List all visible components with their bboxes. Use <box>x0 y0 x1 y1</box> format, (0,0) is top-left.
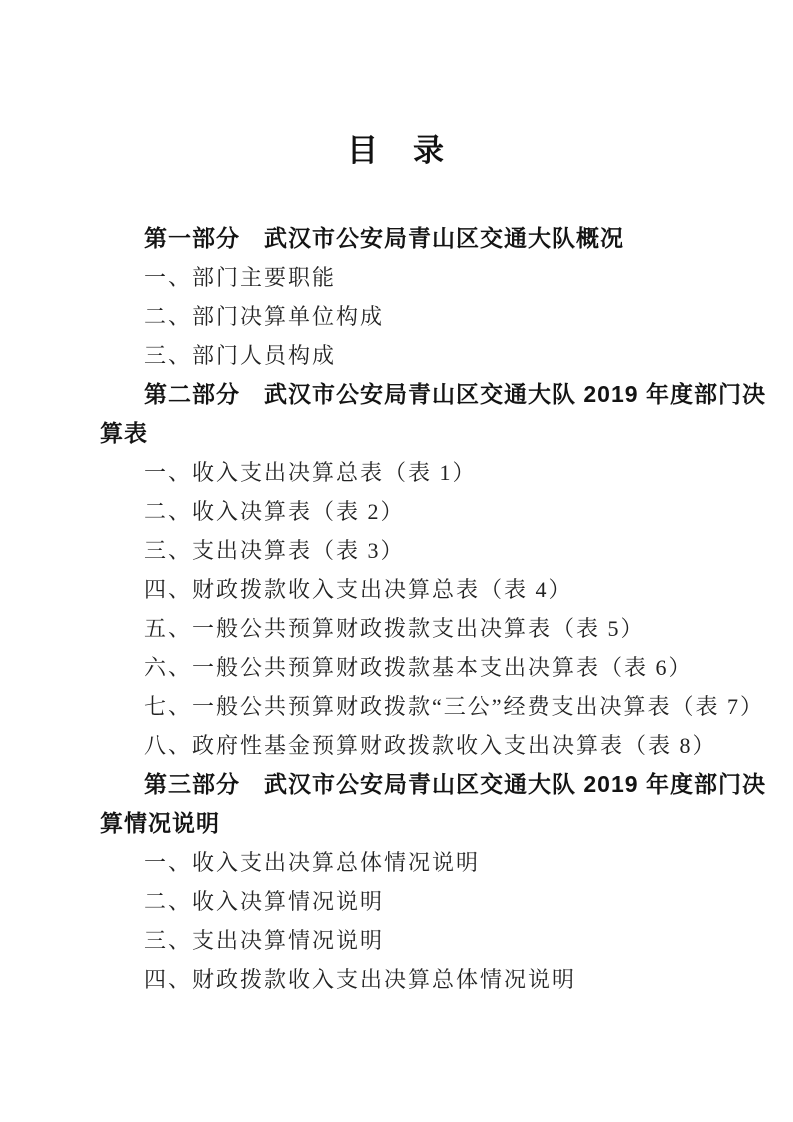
toc-item-part2-7: 七、一般公共预算财政拨款“三公”经费支出决算表（表 7） <box>100 687 703 726</box>
document-page: 目 录 第一部分 武汉市公安局青山区交通大队概况 一、部门主要职能 二、部门决算… <box>0 0 793 1122</box>
toc-heading-part2: 第二部分 武汉市公安局青山区交通大队 2019 年度部门决 <box>100 375 703 414</box>
toc-item-part3-2: 二、收入决算情况说明 <box>100 882 703 921</box>
toc-item-part1-2: 二、部门决算单位构成 <box>100 297 703 336</box>
toc-item-part3-3: 三、支出决算情况说明 <box>100 921 703 960</box>
toc-heading-part3: 第三部分 武汉市公安局青山区交通大队 2019 年度部门决 <box>100 765 703 804</box>
toc-heading-part2-cont: 算表 <box>100 414 703 453</box>
toc-item-part2-4: 四、财政拨款收入支出决算总表（表 4） <box>100 570 703 609</box>
toc-item-part3-1: 一、收入支出决算总体情况说明 <box>100 843 703 882</box>
toc-item-part2-5: 五、一般公共预算财政拨款支出决算表（表 5） <box>100 609 703 648</box>
toc-item-part2-6: 六、一般公共预算财政拨款基本支出决算表（表 6） <box>100 648 703 687</box>
page-title: 目 录 <box>0 0 793 174</box>
toc-item-part1-1: 一、部门主要职能 <box>100 258 703 297</box>
toc-item-part3-4: 四、财政拨款收入支出决算总体情况说明 <box>100 960 703 999</box>
toc-item-part2-2: 二、收入决算表（表 2） <box>100 492 703 531</box>
toc-heading-part3-cont: 算情况说明 <box>100 804 703 843</box>
toc-item-part2-3: 三、支出决算表（表 3） <box>100 531 703 570</box>
toc-heading-part1: 第一部分 武汉市公安局青山区交通大队概况 <box>100 219 703 258</box>
toc-item-part1-3: 三、部门人员构成 <box>100 336 703 375</box>
table-of-contents: 第一部分 武汉市公安局青山区交通大队概况 一、部门主要职能 二、部门决算单位构成… <box>0 219 793 999</box>
toc-item-part2-1: 一、收入支出决算总表（表 1） <box>100 453 703 492</box>
toc-item-part2-8: 八、政府性基金预算财政拨款收入支出决算表（表 8） <box>100 726 703 765</box>
